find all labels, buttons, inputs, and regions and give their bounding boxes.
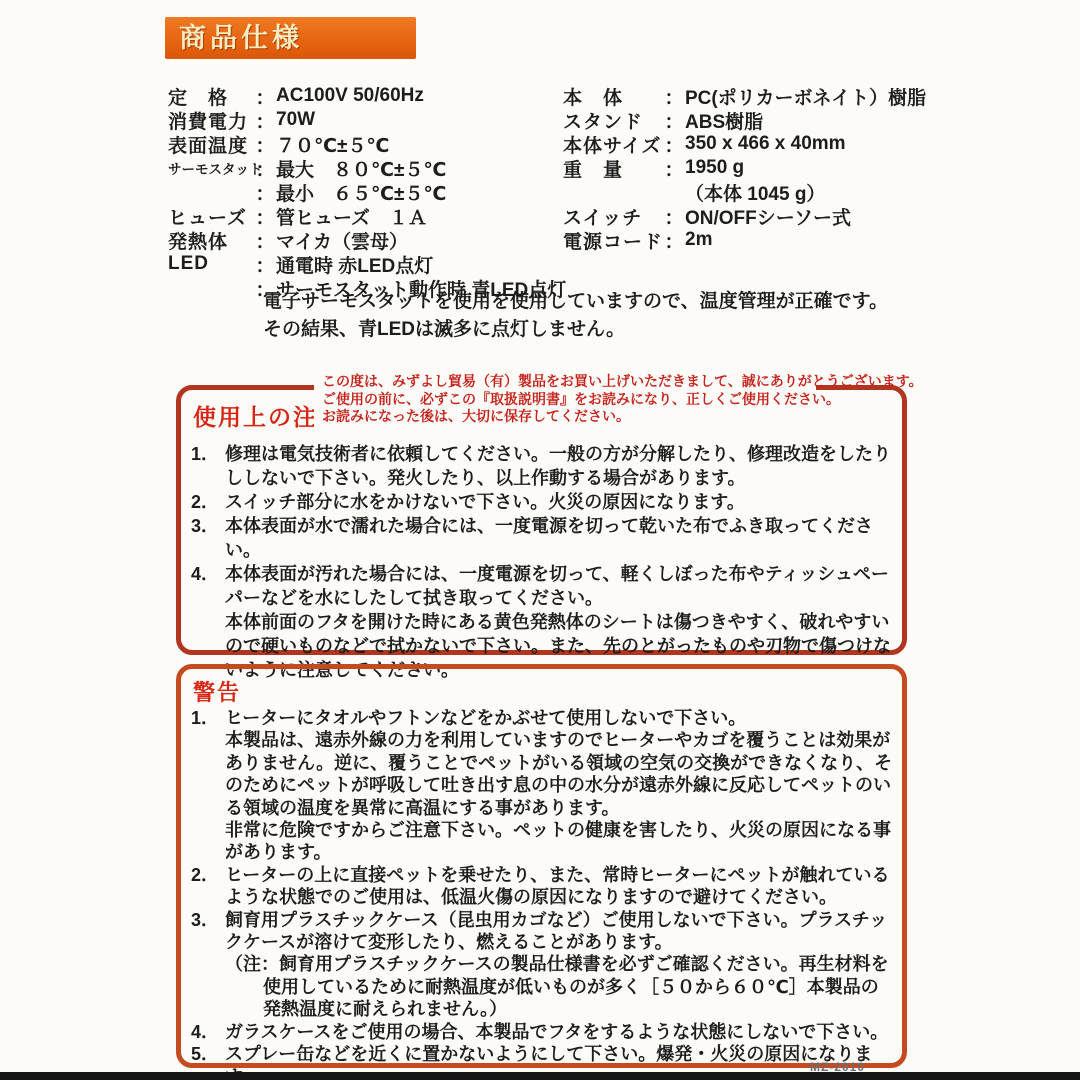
list-item-text: 本体表面が汚れた場合には、一度電源を切って、軽くしぼった布やティッシュペーパーな… xyxy=(225,562,896,610)
list-item-text: ガラスケースをご使用の場合、本製品でフタをするような状態にしないで下さい。 xyxy=(225,1021,896,1043)
spec-label: サーモスタット xyxy=(168,158,254,178)
list-item: 3． 本体表面が水で濡れた場合には、一度電源を切って乾いた布でふき取ってください… xyxy=(191,514,896,562)
list-item-text: 本体表面が水で濡れた場合には、一度電源を切って乾いた布でふき取ってください。 xyxy=(225,514,896,562)
spec-colon: ： xyxy=(663,83,685,110)
list-item: 1． 修理は電気技術者に依頼してください。一般の方が分解したり、修理改造をしたり… xyxy=(191,442,896,490)
spec-value: PC(ポリカーボネイト）樹脂 xyxy=(685,83,1003,110)
intro-line: お読みになった後は、大切に保存してください。 xyxy=(322,408,810,426)
spec-value: ON/OFFシーソー式 xyxy=(685,203,1003,230)
intro-line: この度は、みずよし貿易（有）製品をお買い上げいただきまして、誠にありがとうござい… xyxy=(322,373,810,391)
spec-colon: ： xyxy=(254,131,276,158)
spec-value: ７０℃±５℃ xyxy=(276,131,563,158)
spec-row: 電源コード ： 2m xyxy=(563,228,1003,252)
spec-value: 通電時 赤LED点灯 xyxy=(276,251,563,278)
spec-row: 消費電力 ： 70W xyxy=(168,108,563,132)
list-item: 本製品は、遠赤外線の力を利用していますのでヒーターやカゴを覆うことは効果がありま… xyxy=(191,729,896,819)
spec-colon: ： xyxy=(254,179,276,206)
list-item-text: 本製品は、遠赤外線の力を利用していますのでヒーターやカゴを覆うことは効果がありま… xyxy=(225,729,896,819)
spec-label: 本 体 xyxy=(563,83,663,110)
list-item-text: ヒーターにタオルやフトンなどをかぶせて使用しないで下さい。 xyxy=(225,707,896,729)
spec-label: 本体サイズ xyxy=(563,131,663,158)
spec-value: 管ヒューズ １Ａ xyxy=(276,203,563,230)
spec-colon: ： xyxy=(663,227,685,254)
list-item-text: （注：飼育用プラスチックケースの製品仕様書を必ずご確認ください。再生材料を使用し… xyxy=(225,953,896,1020)
section-header-product-spec: 商品仕様 xyxy=(165,17,416,59)
list-item-text: 飼育用プラスチックケース（昆虫用カゴなど）ご使用しないで下さい。プラスチックケー… xyxy=(225,909,896,954)
spec-label: 定 格 xyxy=(168,83,254,110)
spec-row: サーモスタット ： 最大 ８０℃±５℃ xyxy=(168,156,563,180)
spec-value: 最大 ８０℃±５℃ xyxy=(276,155,563,182)
spec-row: 本 体 ： PC(ポリカーボネイト）樹脂 xyxy=(563,84,1003,108)
spec-row: LED ： 通電時 赤LED点灯 xyxy=(168,252,563,276)
led-notes: 電子サーモスタットを使用を使用していますので、温度管理が正確です。 その結果、青… xyxy=(263,288,883,344)
spec-value: 最小 ６５℃±５℃ xyxy=(276,179,563,206)
list-item-number: 2． xyxy=(191,864,225,909)
manual-page: 商品仕様 定 格 ： AC100V 50/60Hz 消費電力 ： 70W 表面温… xyxy=(0,0,1080,1080)
spec-label: 電源コード xyxy=(563,227,663,254)
spec-row: スイッチ ： ON/OFFシーソー式 xyxy=(563,204,1003,228)
spec-value: 70W xyxy=(276,109,563,131)
list-item-number xyxy=(191,953,225,1020)
spec-value: ABS樹脂 xyxy=(685,107,1003,134)
list-item-number: 3． xyxy=(191,909,225,954)
spec-row: スタンド ： ABS樹脂 xyxy=(563,108,1003,132)
spec-colon: ： xyxy=(663,155,685,182)
spec-value: マイカ（雲母） xyxy=(276,227,563,254)
list-item: 3． 飼育用プラスチックケース（昆虫用カゴなど）ご使用しないで下さい。プラスチッ… xyxy=(191,909,896,954)
warning-box-title: 警告 xyxy=(193,676,241,707)
spec-row: 重 量 ： 1950 g xyxy=(563,156,1003,180)
spec-colon: ： xyxy=(254,83,276,110)
intro-line: ご使用の前に、必ずこの『取扱説明書』をお読みになり、正しくご使用ください。 xyxy=(322,391,810,409)
led-note-line: その結果、青LEDは滅多に点灯しません。 xyxy=(263,316,883,344)
spec-row: 本体サイズ ： 350 x 466 x 40mm xyxy=(563,132,1003,156)
list-item-text: 修理は電気技術者に依頼してください。一般の方が分解したり、修理改造をしたりししな… xyxy=(225,442,896,490)
spec-colon: ： xyxy=(663,203,685,230)
spec-label: 重 量 xyxy=(563,155,663,182)
list-item: 4． ガラスケースをご使用の場合、本製品でフタをするような状態にしないで下さい。 xyxy=(191,1021,896,1043)
spec-colon: ： xyxy=(254,107,276,134)
page-title: 商品仕様 xyxy=(179,23,303,53)
intro-note: この度は、みずよし貿易（有）製品をお買い上げいただきまして、誠にありがとうござい… xyxy=(314,370,816,430)
spec-colon: ： xyxy=(663,107,685,134)
spec-label: 消費電力 xyxy=(168,107,254,134)
list-item-number: 4． xyxy=(191,1021,225,1043)
spec-value: （本体 1045 g） xyxy=(685,179,1003,206)
spec-row: （本体 1045 g） xyxy=(563,180,1003,204)
footer-bar xyxy=(0,1072,1080,1080)
list-item-text: 非常に危険ですからご注意下さい。ペットの健康を害したり、火災の原因になる事があり… xyxy=(225,819,896,864)
spec-value: AC100V 50/60Hz xyxy=(276,85,563,107)
list-item-note: （注：飼育用プラスチックケースの製品仕様書を必ずご確認ください。再生材料を使用し… xyxy=(191,953,896,1020)
list-item-text: ヒーターの上に直接ペットを乗せたり、また、常時ヒーターにペットが触れているような… xyxy=(225,864,896,909)
spec-row: ヒューズ ： 管ヒューズ １Ａ xyxy=(168,204,563,228)
spec-label: 表面温度 xyxy=(168,131,254,158)
spec-column-right: 本 体 ： PC(ポリカーボネイト）樹脂 スタンド ： ABS樹脂 本体サイズ … xyxy=(563,84,1003,252)
list-item: 2． スイッチ部分に水をかけないで下さい。火災の原因になります。 xyxy=(191,490,896,514)
spec-colon: ： xyxy=(254,155,276,182)
spec-label: スタンド xyxy=(563,107,663,134)
led-note-line: 電子サーモスタットを使用を使用していますので、温度管理が正確です。 xyxy=(263,288,883,316)
warning-list: 1． ヒーターにタオルやフトンなどをかぶせて使用しないで下さい。 本製品は、遠赤… xyxy=(191,707,896,1080)
list-item-number: 1． xyxy=(191,442,225,490)
spec-label: LED xyxy=(168,253,254,275)
list-item-text: スイッチ部分に水をかけないで下さい。火災の原因になります。 xyxy=(225,490,896,514)
list-item-number xyxy=(191,729,225,819)
spec-row: 発熱体 ： マイカ（雲母） xyxy=(168,228,563,252)
spec-label: 発熱体 xyxy=(168,227,254,254)
spec-row: ： 最小 ６５℃±５℃ xyxy=(168,180,563,204)
spec-colon: ： xyxy=(663,131,685,158)
spec-value: 2m xyxy=(685,229,1003,251)
spec-colon: ： xyxy=(254,203,276,230)
spec-colon: ： xyxy=(254,251,276,278)
list-item: 1． ヒーターにタオルやフトンなどをかぶせて使用しないで下さい。 xyxy=(191,707,896,729)
spec-row: 表面温度 ： ７０℃±５℃ xyxy=(168,132,563,156)
warning-box: 警告 1． ヒーターにタオルやフトンなどをかぶせて使用しないで下さい。 本製品は… xyxy=(176,664,907,1068)
spec-label: ヒューズ xyxy=(168,203,254,230)
list-item-number: 4． xyxy=(191,562,225,610)
list-item: 非常に危険ですからご注意下さい。ペットの健康を害したり、火災の原因になる事があり… xyxy=(191,819,896,864)
spec-label: スイッチ xyxy=(563,203,663,230)
spec-value: 350 x 466 x 40mm xyxy=(685,133,1003,155)
spec-value: 1950 g xyxy=(685,157,1003,179)
list-item-number: 3． xyxy=(191,514,225,562)
list-item-number: 1． xyxy=(191,707,225,729)
list-item: 4． 本体表面が汚れた場合には、一度電源を切って、軽くしぼった布やティッシュペー… xyxy=(191,562,896,610)
list-item-number: 2． xyxy=(191,490,225,514)
spec-colon: ： xyxy=(254,227,276,254)
spec-column-left: 定 格 ： AC100V 50/60Hz 消費電力 ： 70W 表面温度 ： ７… xyxy=(168,84,563,300)
list-item-number xyxy=(191,819,225,864)
caution-list: 1． 修理は電気技術者に依頼してください。一般の方が分解したり、修理改造をしたり… xyxy=(191,442,896,682)
list-item: 2． ヒーターの上に直接ペットを乗せたり、また、常時ヒーターにペットが触れている… xyxy=(191,864,896,909)
spec-row: 定 格 ： AC100V 50/60Hz xyxy=(168,84,563,108)
